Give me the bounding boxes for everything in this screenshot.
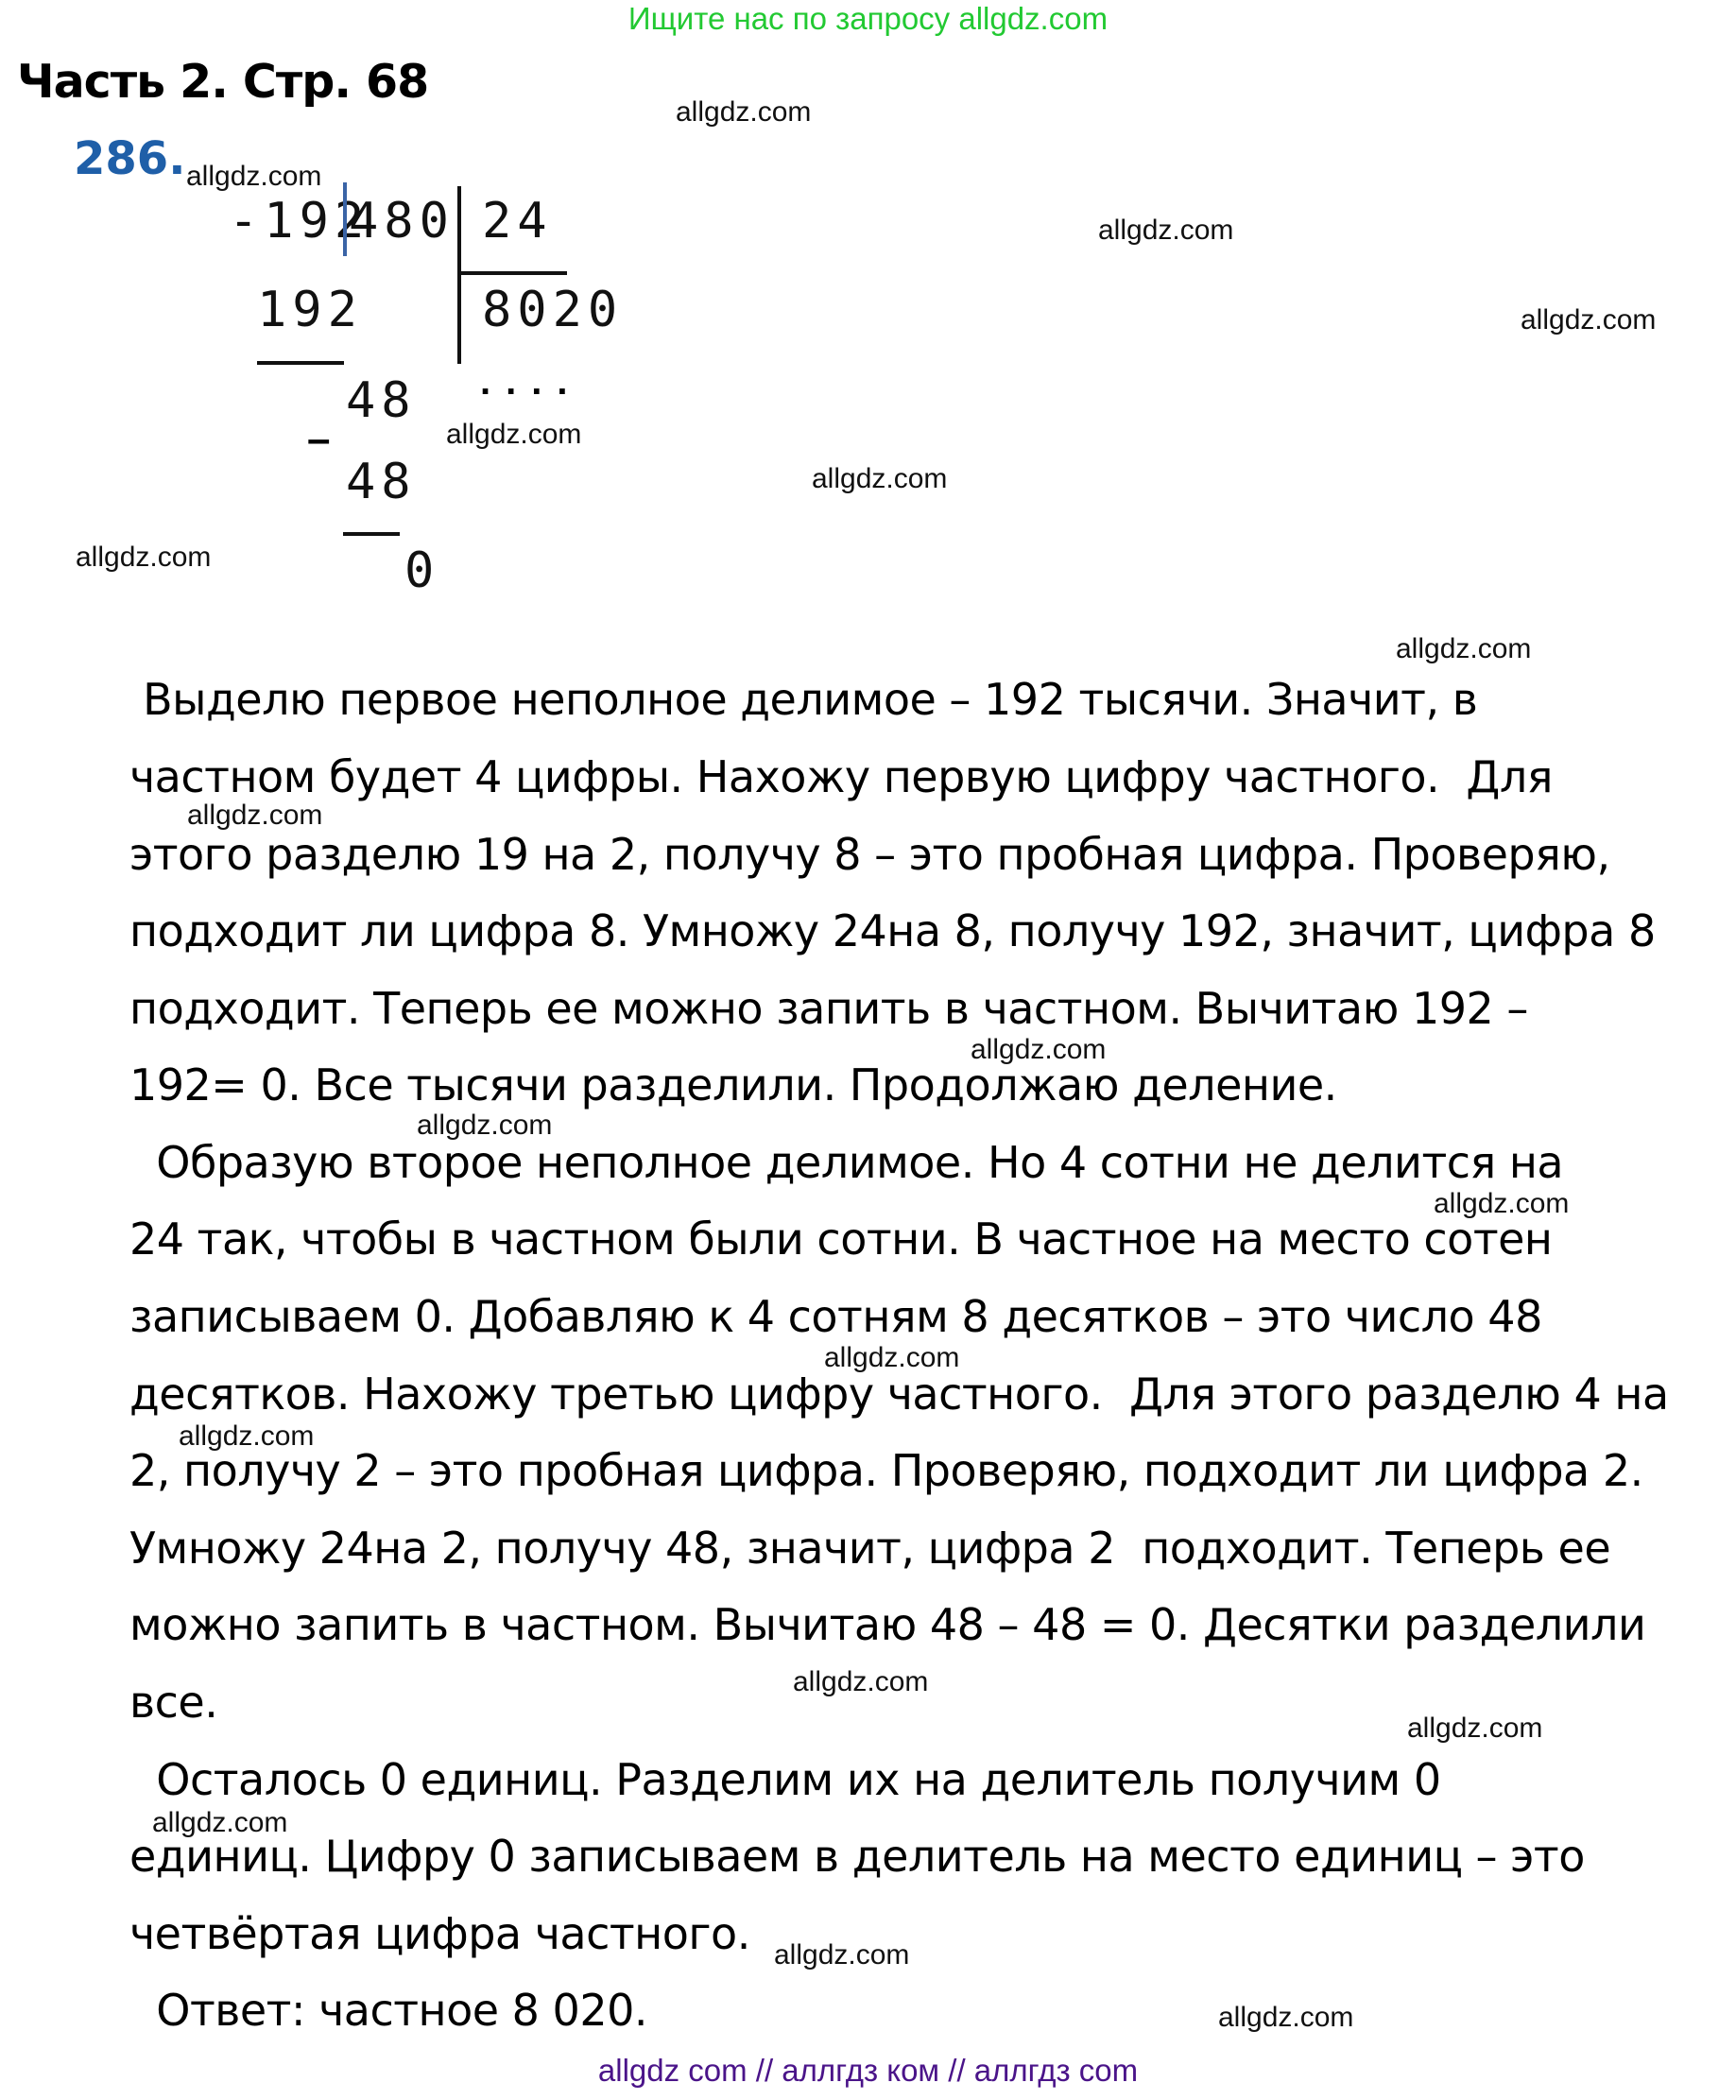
subtrahend-1: 192 bbox=[257, 282, 363, 338]
watermark: allgdz.com bbox=[76, 542, 211, 574]
watermark: allgdz.com bbox=[774, 1939, 909, 1971]
text-line: Умножу 24на 2, получу 48, значит, цифра … bbox=[129, 1523, 1610, 1574]
division-vertical-line bbox=[457, 186, 461, 364]
watermark: allgdz.com bbox=[1407, 1713, 1542, 1745]
task-number: 286. bbox=[74, 132, 185, 185]
watermark: allgdz.com bbox=[1218, 2002, 1353, 2034]
watermark: allgdz.com bbox=[186, 161, 321, 193]
watermark: allgdz.com bbox=[446, 419, 581, 451]
watermark: allgdz.com bbox=[1098, 215, 1233, 247]
text-line: десятков. Нахожу третью цифру частного. … bbox=[129, 1368, 1669, 1420]
watermark: allgdz.com bbox=[187, 800, 322, 832]
text-line: подходит. Теперь ее можно запить в частн… bbox=[129, 983, 1528, 1034]
text-line: четвёртая цифра частного. bbox=[129, 1908, 750, 1959]
text-line: записываем 0. Добавляю к 4 сотням 8 деся… bbox=[129, 1291, 1542, 1342]
watermark: allgdz.com bbox=[812, 463, 947, 495]
remainder-1: 48 bbox=[346, 372, 417, 429]
text-line: этого разделю 19 на 2, получу 8 – это пр… bbox=[129, 829, 1610, 880]
watermark: allgdz.com bbox=[676, 96, 811, 129]
subtrahend-2: 48 bbox=[346, 454, 417, 510]
text-line: 192= 0. Все тысячи разделили. Продолжаю … bbox=[129, 1059, 1337, 1110]
text-line: подходит ли цифра 8. Умножу 24на 8, полу… bbox=[129, 905, 1656, 956]
text-line: частном будет 4 цифры. Нахожу первую циф… bbox=[129, 751, 1553, 802]
subtraction-line-1 bbox=[257, 361, 344, 365]
footer-watermark: allgdz com // аллгдз ком // аллгдз com bbox=[0, 2053, 1736, 2089]
text-line: можно запить в частном. Вычитаю 48 – 48 … bbox=[129, 1599, 1645, 1650]
final-remainder: 0 bbox=[404, 542, 439, 599]
page-title: Часть 2. Стр. 68 bbox=[17, 55, 428, 109]
subtraction-line-2 bbox=[343, 532, 400, 536]
divisor: 24 bbox=[482, 193, 553, 250]
quotient-digit-dots: .... bbox=[480, 361, 582, 404]
text-line: Осталось 0 единиц. Разделим их на делите… bbox=[129, 1754, 1441, 1805]
text-line: 24 так, чтобы в частном были сотни. В ча… bbox=[129, 1214, 1553, 1265]
watermark: allgdz.com bbox=[793, 1666, 928, 1698]
minus-sign: – bbox=[307, 416, 330, 463]
search-banner: Ищите нас по запросу allgdz.com bbox=[0, 0, 1736, 38]
answer-line: Ответ: частное 8 020. bbox=[129, 1985, 647, 2036]
watermark: allgdz.com bbox=[1521, 304, 1656, 336]
text-line: все. bbox=[129, 1677, 217, 1728]
dividend-rest: 480 bbox=[349, 193, 455, 250]
partial-dividend-marker bbox=[343, 182, 347, 256]
text-line: единиц. Цифру 0 записываем в делитель на… bbox=[129, 1831, 1585, 1882]
text-line: Выделю первое неполное делимое – 192 тыс… bbox=[129, 674, 1477, 725]
watermark: allgdz.com bbox=[1396, 633, 1531, 665]
text-line: 2, получу 2 – это пробная цифра. Проверя… bbox=[129, 1445, 1643, 1496]
quotient: 8020 bbox=[482, 282, 623, 338]
divisor-underline bbox=[457, 271, 567, 275]
text-line: Образую второе неполное делимое. Но 4 со… bbox=[129, 1137, 1563, 1188]
